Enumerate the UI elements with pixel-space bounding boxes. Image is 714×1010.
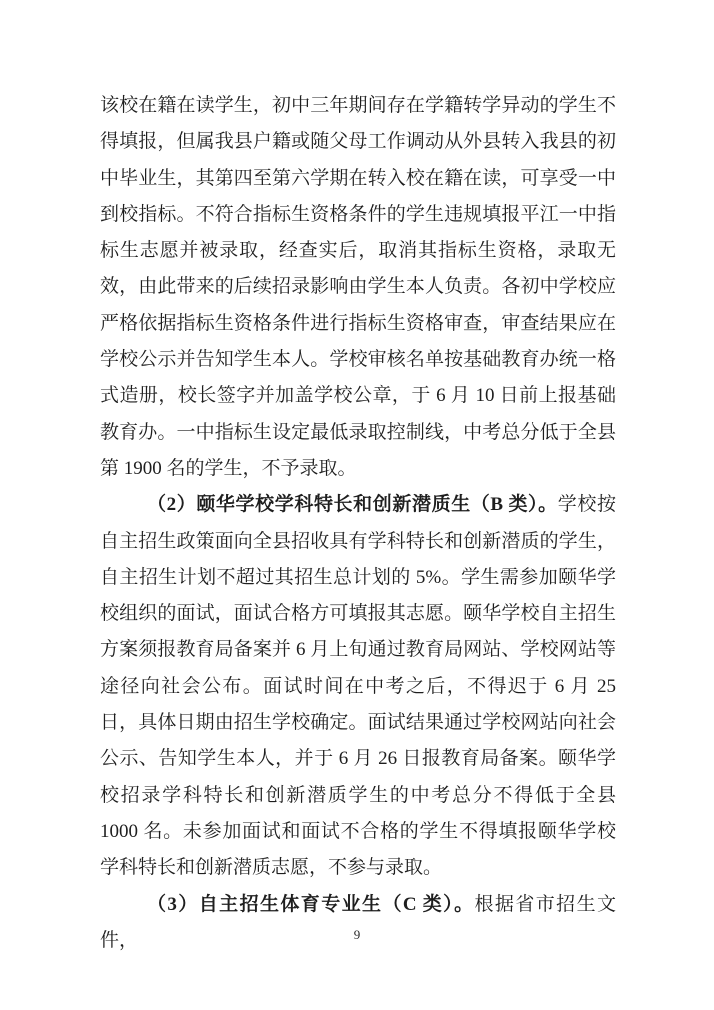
paragraph-indicator-continuation: 该校在籍在读学生，初中三年期间存在学籍转学异动的学生不得填报，但属我县户籍或随父… [100,88,616,487]
paragraph-lead-bold: （2）颐华学校学科特长和创新潜质生（B 类）。 [147,494,558,515]
paragraph-lead-bold: （3）自主招生体育专业生（C 类）。 [147,894,475,915]
document-page: 该校在籍在读学生，初中三年期间存在学籍转学异动的学生不得填报，但属我县户籍或随父… [0,0,714,1010]
paragraph-category-c: （3）自主招生体育专业生（C 类）。根据省市招生文件， [100,887,616,960]
paragraph-category-b: （2）颐华学校学科特长和创新潜质生（B 类）。学校按自主招生政策面向全县招收具有… [100,487,616,886]
page-number: 9 [0,926,714,944]
paragraph-text: 学校按自主招生政策面向全县招收具有学科特长和创新潜质的学生，自主招生计划不超过其… [100,494,616,878]
paragraph-text: 该校在籍在读学生，初中三年期间存在学籍转学异动的学生不得填报，但属我县户籍或随父… [100,95,616,479]
document-body: 该校在籍在读学生，初中三年期间存在学籍转学异动的学生不得填报，但属我县户籍或随父… [100,88,616,959]
